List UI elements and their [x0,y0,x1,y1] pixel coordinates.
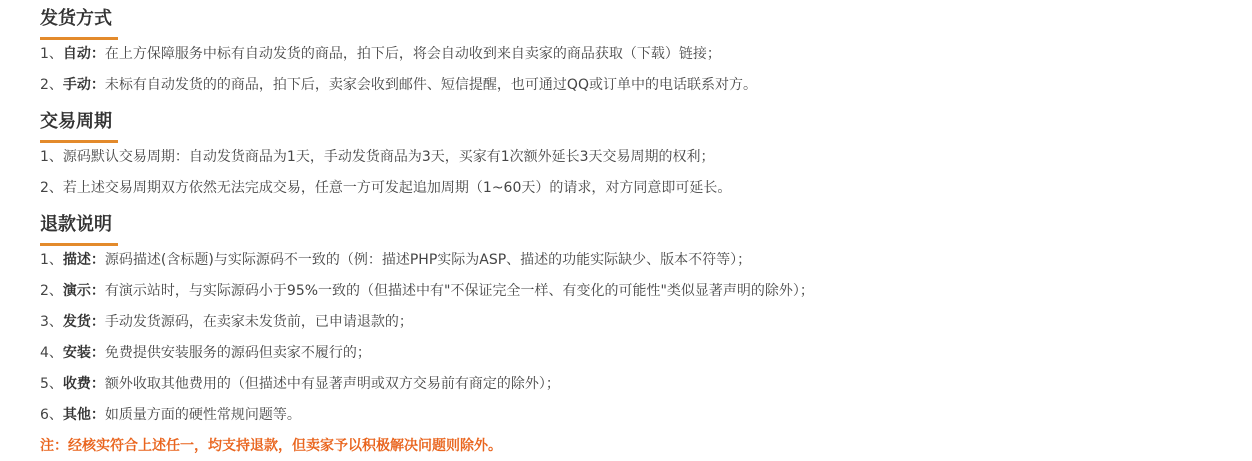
item-number: 2、 [40,283,63,299]
item-label: 发货： [63,314,105,330]
item-label: 演示： [63,283,105,299]
refund-note: 注：经核实符合上述任一，均支持退款，但卖家予以积极解决问题则除外。 [40,436,502,456]
item-label: 安装： [63,345,105,361]
list-item: 5、收费：额外收取其他费用的（但描述中有显著声明或双方交易前有商定的除外）； [40,374,560,394]
item-number: 4、 [40,345,63,361]
item-text: 未标有自动发货的的商品，拍下后，卖家会收到邮件、短信提醒，也可通过QQ或订单中的… [105,77,757,93]
item-text: 在上方保障服务中标有自动发货的商品，拍下后，将会自动收到来自卖家的商品获取（下载… [105,46,721,62]
item-number: 1、 [40,252,63,268]
list-item: 1、描述：源码描述(含标题)与实际源码不一致的（例：描述PHP实际为ASP、描述… [40,250,751,270]
list-item: 2、手动：未标有自动发货的的商品，拍下后，卖家会收到邮件、短信提醒，也可通过QQ… [40,75,757,95]
title-underline [40,140,118,143]
section-title: 发货方式 [40,7,118,31]
item-text: 源码描述(含标题)与实际源码不一致的（例：描述PHP实际为ASP、描述的功能实际… [105,252,751,268]
item-text: 如质量方面的硬性常规问题等。 [105,407,301,423]
item-label: 描述： [63,252,105,268]
list-item: 3、发货：手动发货源码，在卖家未发货前，已申请退款的； [40,312,413,332]
item-label: 手动： [63,77,105,93]
list-item: 2、演示：有演示站时，与实际源码小于95%一致的（但描述中有"不保证完全一样、有… [40,281,814,301]
list-item: 4、安装：免费提供安装服务的源码但卖家不履行的； [40,343,371,363]
section-delivery: 发货方式 [40,7,118,40]
list-item: 1、自动：在上方保障服务中标有自动发货的商品，拍下后，将会自动收到来自卖家的商品… [40,44,721,64]
title-underline [40,243,118,246]
item-text: 手动发货源码，在卖家未发货前，已申请退款的； [105,314,413,330]
item-text: 有演示站时，与实际源码小于95%一致的（但描述中有"不保证完全一样、有变化的可能… [105,283,814,299]
item-text: 免费提供安装服务的源码但卖家不履行的； [105,345,371,361]
section-refund: 退款说明 [40,213,118,246]
item-label: 其他： [63,407,105,423]
item-number: 5、 [40,376,63,392]
item-label: 收费： [63,376,105,392]
item-text: 额外收取其他费用的（但描述中有显著声明或双方交易前有商定的除外）； [105,376,560,392]
section-title: 交易周期 [40,110,118,134]
item-number: 2、 [40,180,63,196]
item-label: 自动： [63,46,105,62]
title-underline [40,37,118,40]
item-number: 1、 [40,46,63,62]
section-trade-cycle: 交易周期 [40,110,118,143]
list-item: 6、其他：如质量方面的硬性常规问题等。 [40,405,301,425]
item-text: 源码默认交易周期：自动发货商品为1天，手动发货商品为3天，买家有1次额外延长3天… [63,149,715,165]
item-text: 若上述交易周期双方依然无法完成交易，任意一方可发起追加周期（1~60天）的请求，… [63,180,731,196]
item-number: 6、 [40,407,63,423]
item-number: 2、 [40,77,63,93]
section-title: 退款说明 [40,213,118,237]
item-number: 1、 [40,149,63,165]
item-number: 3、 [40,314,63,330]
list-item: 1、源码默认交易周期：自动发货商品为1天，手动发货商品为3天，买家有1次额外延长… [40,147,715,167]
list-item: 2、若上述交易周期双方依然无法完成交易，任意一方可发起追加周期（1~60天）的请… [40,178,731,198]
